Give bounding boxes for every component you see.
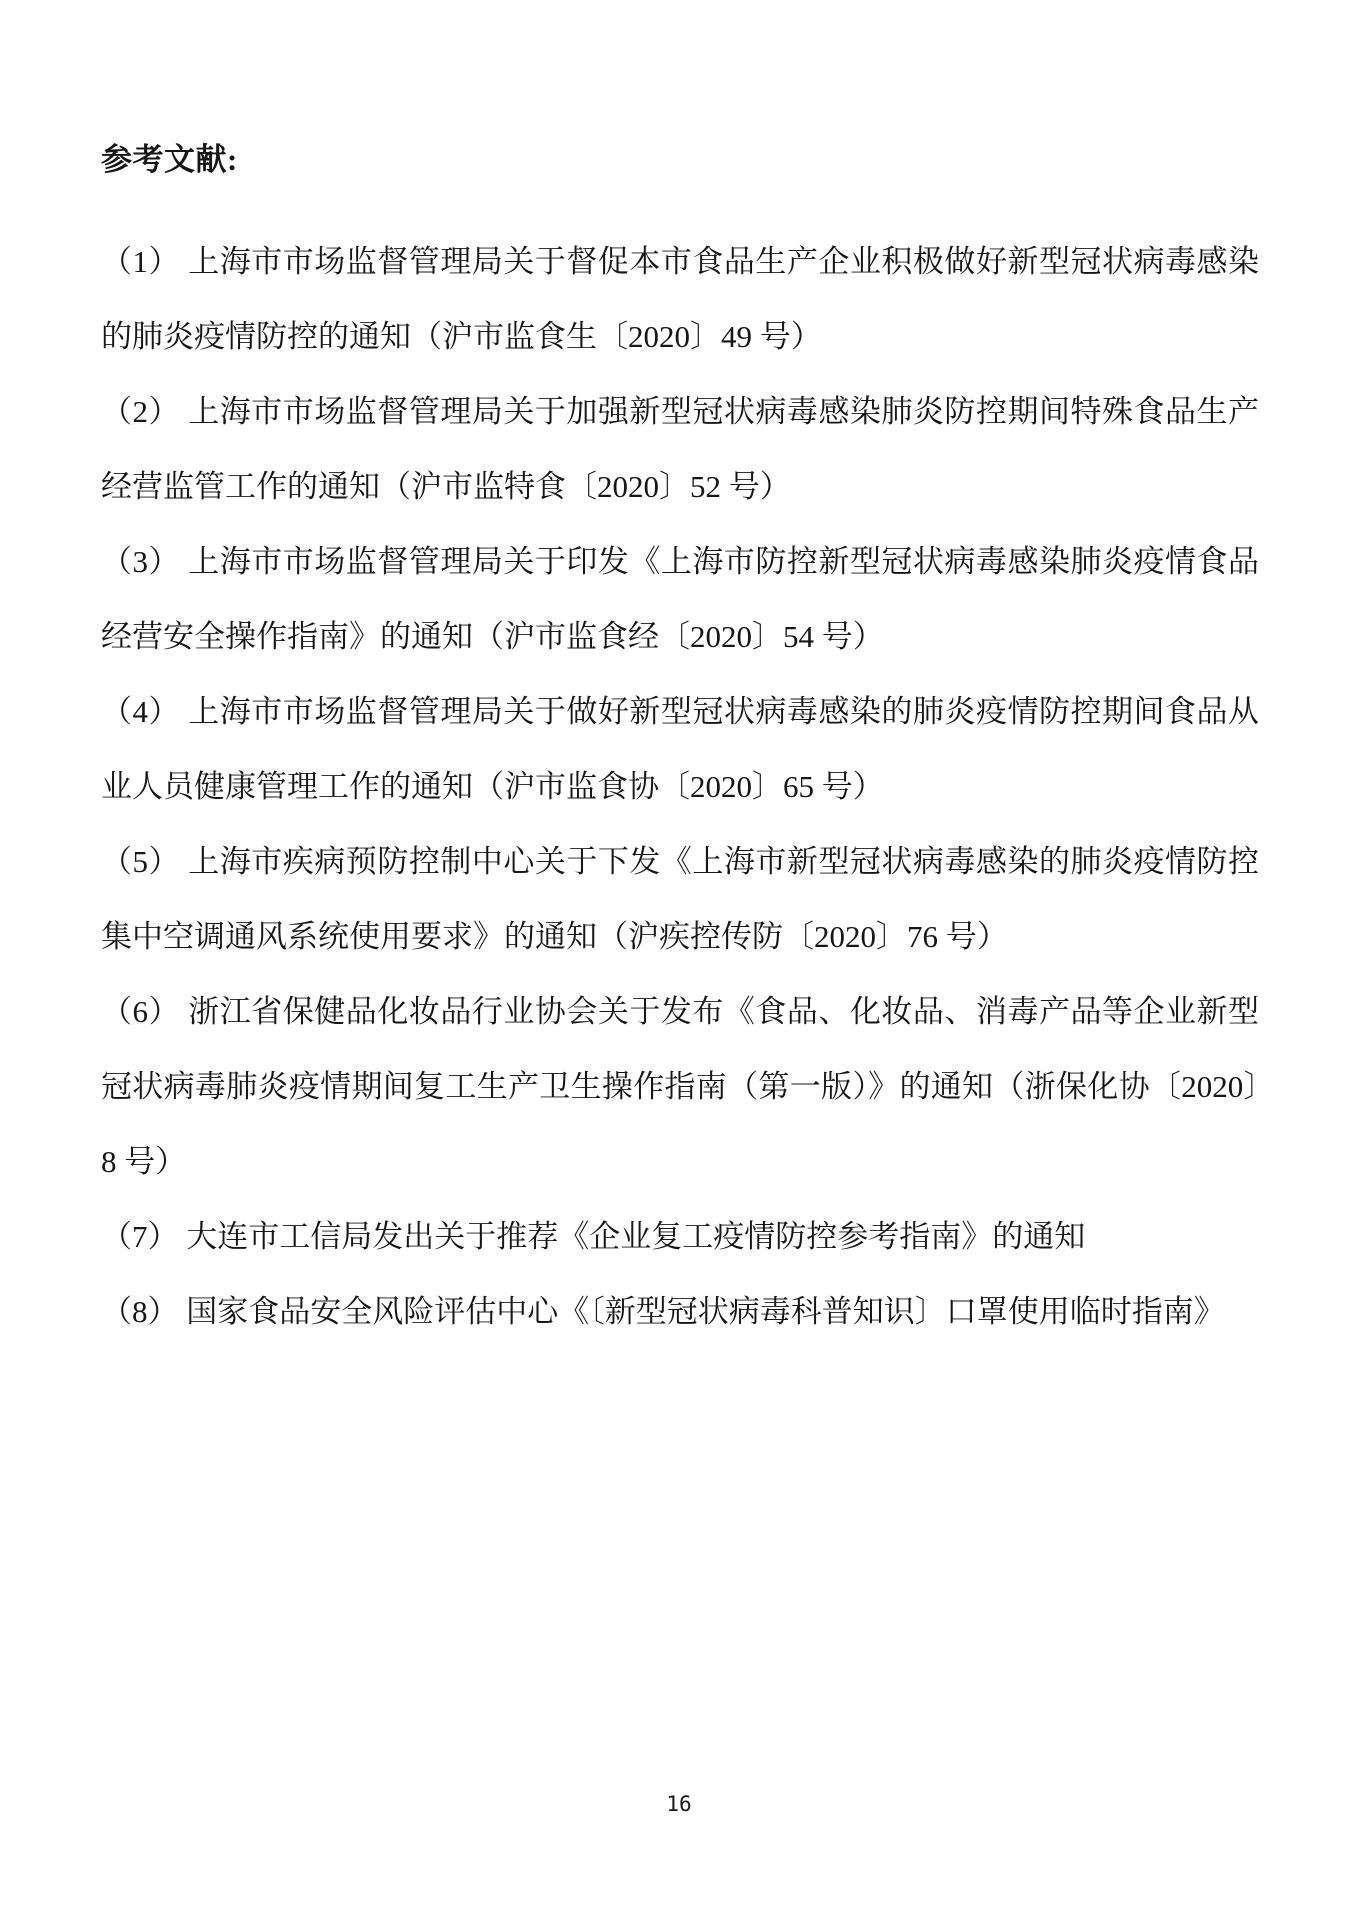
reference-item-5: （5） 上海市疾病预防控制中心关于下发《上海市新型冠状病毒感染的肺炎疫情防控集中…: [101, 824, 1259, 974]
page-content: 参考文献: （1） 上海市市场监督管理局关于督促本市食品生产企业积极做好新型冠状…: [101, 140, 1259, 1349]
references-heading: 参考文献:: [101, 140, 1259, 180]
reference-item-3: （3） 上海市市场监督管理局关于印发《上海市防控新型冠状病毒感染肺炎疫情食品经营…: [101, 524, 1259, 674]
reference-item-7: （7） 大连市工信局发出关于推荐《企业复工疫情防控参考指南》的通知: [101, 1199, 1259, 1274]
reference-item-2: （2） 上海市市场监督管理局关于加强新型冠状病毒感染肺炎防控期间特殊食品生产经营…: [101, 374, 1259, 524]
document-page: 参考文献: （1） 上海市市场监督管理局关于督促本市食品生产企业积极做好新型冠状…: [0, 0, 1358, 1920]
reference-item-6: （6） 浙江省保健品化妆品行业协会关于发布《食品、化妆品、消毒产品等企业新型冠状…: [101, 974, 1259, 1199]
page-number: 16: [0, 1792, 1358, 1816]
reference-item-4: （4） 上海市市场监督管理局关于做好新型冠状病毒感染的肺炎疫情防控期间食品从业人…: [101, 674, 1259, 824]
reference-item-8: （8） 国家食品安全风险评估中心《〔新型冠状病毒科普知识〕口罩使用临时指南》: [101, 1274, 1259, 1349]
references-list: （1） 上海市市场监督管理局关于督促本市食品生产企业积极做好新型冠状病毒感染的肺…: [101, 224, 1259, 1349]
reference-item-1: （1） 上海市市场监督管理局关于督促本市食品生产企业积极做好新型冠状病毒感染的肺…: [101, 224, 1259, 374]
